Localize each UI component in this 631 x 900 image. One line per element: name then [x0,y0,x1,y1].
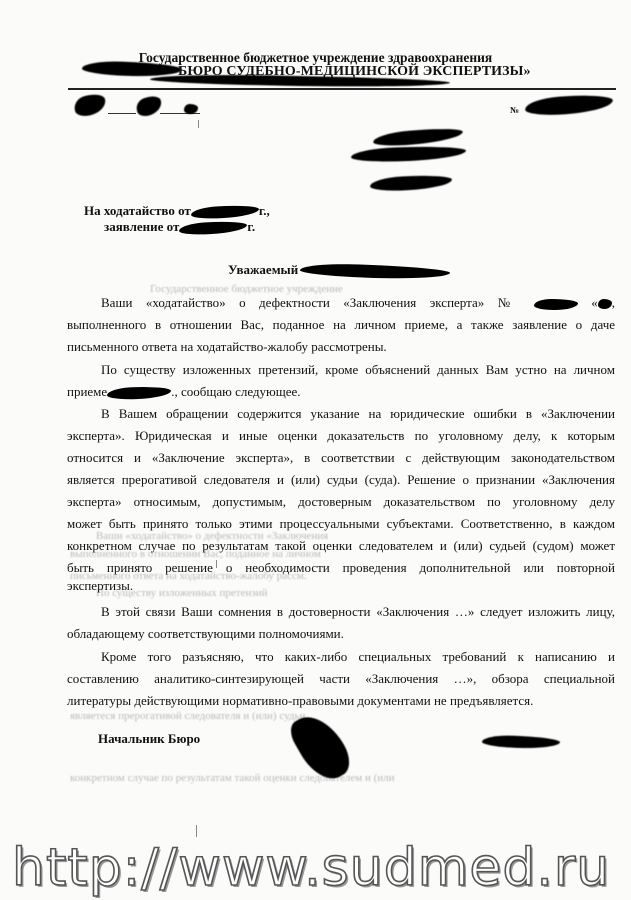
salutation: Уважаемый [228,262,450,278]
redaction-addressee-line1 [373,126,464,148]
request-suffix: г., [259,203,270,218]
website-watermark: http://www.sudmed.ru [12,838,610,898]
bleed-through-text: конкретном случае по результатам такой о… [70,772,395,784]
scan-artifact [216,560,217,568]
paragraph-line: Ваши «ходатайство» о дефектности «Заключ… [67,292,615,314]
request-reference-line1: На ходатайство отг., [84,203,270,219]
paragraph-5: Кроме того разъясняю, что каких-либо спе… [67,646,615,712]
paragraph-line: В Вашем обращении содержится указание на… [67,403,615,425]
paragraph-line: литературы действующими нормативно-право… [67,690,615,712]
redaction-addressee-line2 [351,145,466,163]
scan-artifact [196,825,197,837]
date-underline [108,113,136,114]
scan-artifact [198,120,199,128]
paragraph-line: быть принято решение о необходимости про… [67,557,615,579]
paragraph-2: По существу изложенных претензий, кроме … [67,359,615,403]
redaction-signatory-name [482,735,560,750]
paragraph-line: является прерогативой следователя и (или… [67,469,615,491]
statement-label: заявление от [104,219,179,234]
redaction-date-day [72,91,108,119]
paragraph-line: конкретном случае по результатам такой о… [67,535,615,557]
redaction-addressee-line3 [370,174,453,192]
signature-title: Начальник Бюро [98,731,200,747]
line-text: Ваши «ходатайство» о дефектности «Заключ… [101,295,520,310]
letterhead-divider [68,88,616,90]
redaction-date-month [134,93,165,119]
paragraph-line: составлению аналитико-синтезирующей част… [67,668,615,690]
line-text: ., сообщаю следующее. [171,384,300,399]
redaction-document-number [524,93,613,117]
salutation-text: Уважаемый [228,262,298,277]
request-reference-line2: заявление отг. [104,219,255,235]
paragraph-line: выполненного в отношении Вас, поданное н… [67,314,615,336]
paragraph-line: В этой связи Ваши сомнения в достовернос… [67,601,615,623]
paragraph-3: В Вашем обращении содержится указание на… [67,403,615,597]
paragraph-line: По существу изложенных претензий, кроме … [67,359,615,381]
paragraph-1: Ваши «ходатайство» о дефектности «Заключ… [67,292,615,358]
paragraph-line: приеме., сообщаю следующее. [67,381,615,403]
paragraph-line: Кроме того разъясняю, что каких-либо спе… [67,646,615,668]
paragraph-line: может быть принято только этими процессу… [67,513,615,535]
paragraph-line: обладающему соответствующими полномочиям… [67,623,615,645]
redaction-recipient-name [300,262,450,280]
redaction-statement-date [179,220,248,236]
statement-suffix: г. [247,219,255,234]
redaction-conclusion-number [534,299,578,310]
redaction-conclusion-ref [598,299,612,309]
paragraph-line: эксперта». Юридическая и иные оценки док… [67,425,615,447]
request-label: На ходатайство от [84,203,191,218]
paragraph-line: письменного ответа на ходатайство-жалобу… [67,336,615,358]
redaction-request-date [191,204,260,220]
paragraph-line: относится и «Заключение эксперта», в соо… [67,447,615,469]
paragraph-4: В этой связи Ваши сомнения в достовернос… [67,601,615,645]
line-text: приеме [67,384,107,399]
paragraph-line: эксперта» относимым, допустимым, достове… [67,491,615,513]
document-number-label: № [510,105,519,115]
redaction-meeting-date [107,386,171,400]
